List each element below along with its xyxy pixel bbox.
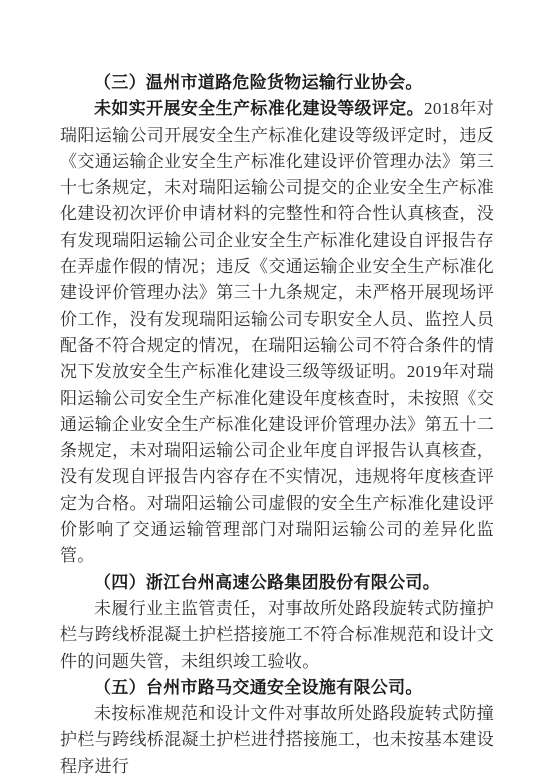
- page-number: 14: [0, 725, 555, 740]
- paragraph-text: 未履行业主监管责任，对事故所处路段旋转式防撞护栏与跨线桥混凝土护栏搭接施工不符合…: [60, 599, 494, 671]
- document-page: （三）温州市道路危险货物运输行业协会。 未如实开展安全生产标准化建设等级评定。2…: [60, 70, 494, 780]
- section-paragraph-5: 未按标准规范和设计文件对事故所处路段旋转式防撞护栏与跨线桥混凝土护栏进行搭接施工…: [60, 701, 494, 780]
- section-heading-5: （五）台州市路马交通安全设施有限公司。: [60, 675, 494, 701]
- section-paragraph-4: 未履行业主监管责任，对事故所处路段旋转式防撞护栏与跨线桥混凝土护栏搭接施工不符合…: [60, 596, 494, 675]
- section-paragraph-3: 未如实开展安全生产标准化建设等级评定。2018年对瑞阳运输公司开展安全生产标准化…: [60, 96, 494, 569]
- section-heading-4: （四）浙江台州高速公路集团股份有限公司。: [60, 570, 494, 596]
- section-heading-3: （三）温州市道路危险货物运输行业协会。: [60, 70, 494, 96]
- paragraph-text: 2018年对瑞阳运输公司开展安全生产标准化建设等级评定时，违反《交通运输企业安全…: [60, 99, 494, 565]
- violation-lead-sentence: 未如实开展安全生产标准化建设等级评定。: [94, 99, 424, 118]
